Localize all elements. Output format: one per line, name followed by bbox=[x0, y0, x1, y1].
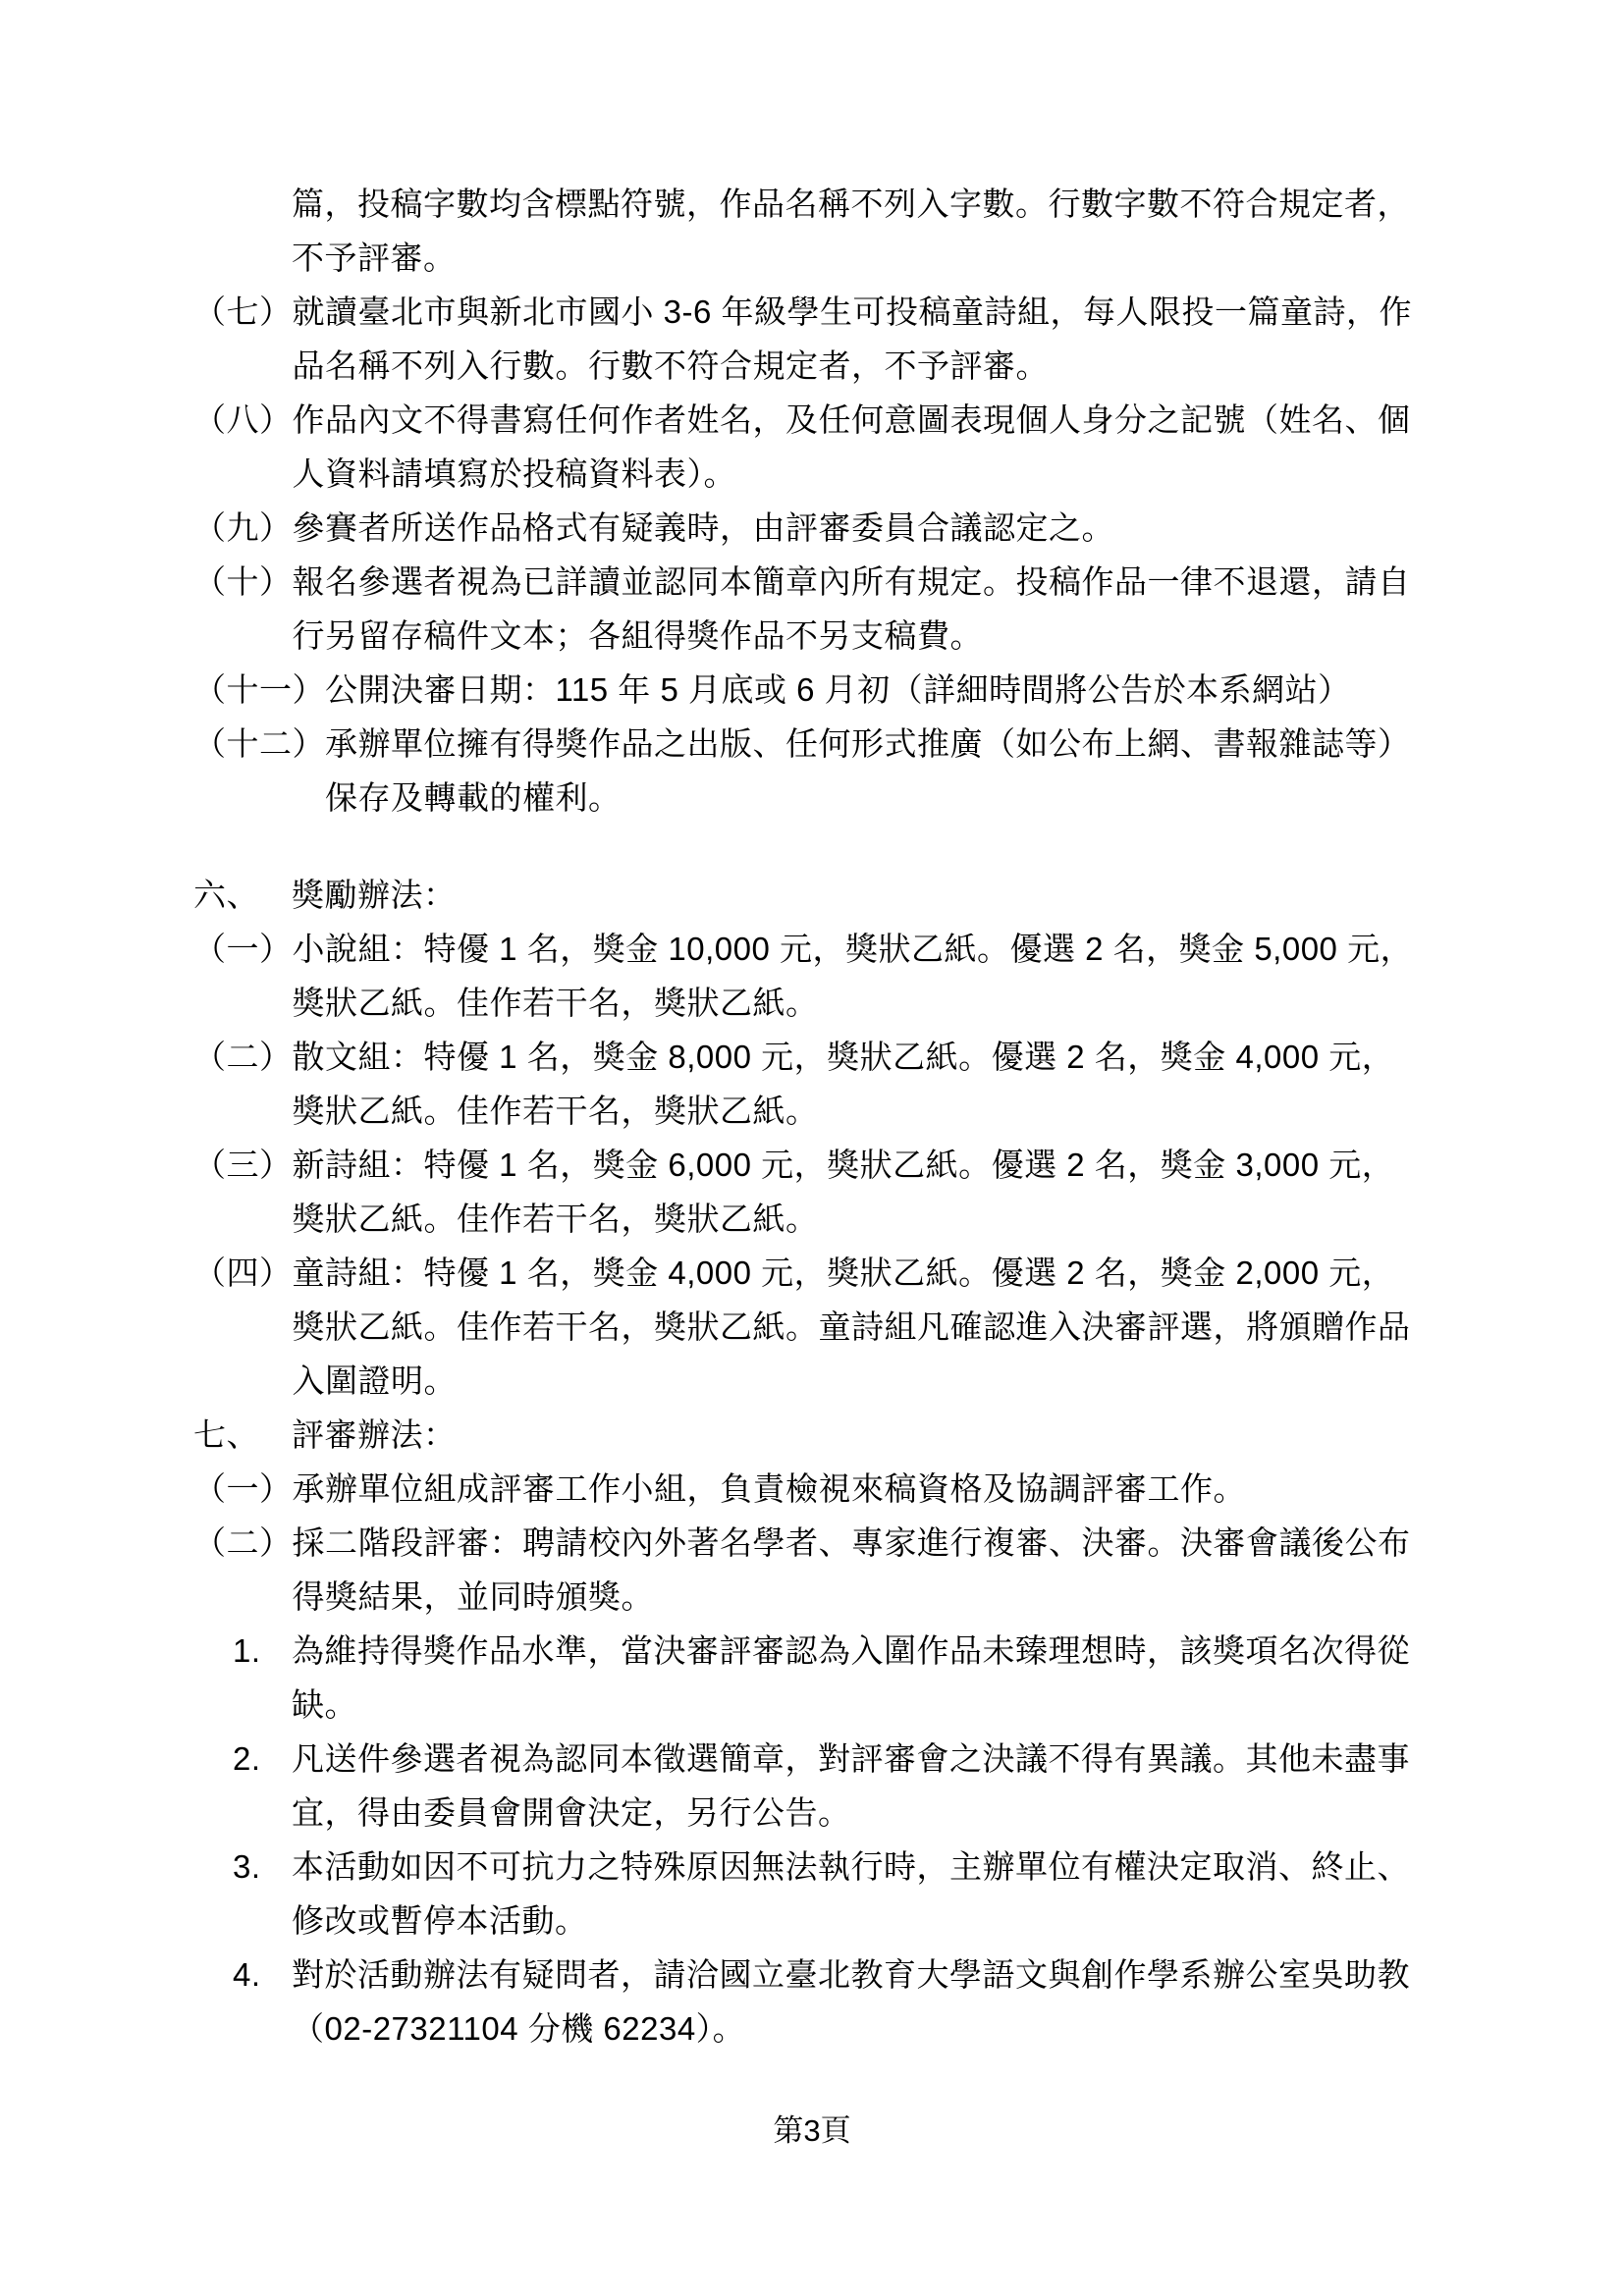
item-number: 4. bbox=[193, 1948, 292, 2002]
section-marker: 七、 bbox=[193, 1408, 292, 1462]
item-marker: （七） bbox=[193, 285, 293, 339]
item-text: 對於活動辦法有疑問者，請洽國立臺北教育大學語文與創作學系辦公室吳助教（02-27… bbox=[292, 1948, 1424, 2056]
continuation-paragraph: 篇，投稿字數均含標點符號，作品名稱不列入字數。行數字數不符合規定者，不予評審。 bbox=[193, 177, 1424, 285]
section-heading-7: 七、 評審辦法： bbox=[193, 1408, 1424, 1462]
item-marker: （九） bbox=[193, 501, 293, 555]
item-text: 公開決審日期：115 年 5 月底或 6 月初（詳細時間將公告於本系網站） bbox=[325, 663, 1424, 717]
section-heading-6: 六、 獎勵辦法： bbox=[193, 868, 1424, 922]
list-item-11: （十一） 公開決審日期：115 年 5 月底或 6 月初（詳細時間將公告於本系網… bbox=[193, 663, 1424, 717]
item-text: 參賽者所送作品格式有疑義時，由評審委員合議認定之。 bbox=[293, 501, 1425, 555]
document-body: 篇，投稿字數均含標點符號，作品名稱不列入字數。行數字數不符合規定者，不予評審。 … bbox=[193, 177, 1424, 2056]
item-number: 1. bbox=[193, 1624, 292, 1678]
item-marker: （二） bbox=[193, 1030, 293, 1084]
item-text: 報名參選者視為已詳讀並認同本簡章內所有規定。投稿作品一律不退還，請自行另留存稿件… bbox=[293, 555, 1425, 663]
item-marker: （十二） bbox=[193, 717, 325, 771]
list-item-10: （十） 報名參選者視為已詳讀並認同本簡章內所有規定。投稿作品一律不退還，請自行另… bbox=[193, 555, 1424, 663]
page-number: 第3頁 bbox=[0, 2109, 1624, 2153]
list-item-award-4: （四） 童詩組：特優 1 名，獎金 4,000 元，獎狀乙紙。優選 2 名，獎金… bbox=[193, 1246, 1424, 1408]
item-text: 散文組：特優 1 名，獎金 8,000 元，獎狀乙紙。優選 2 名，獎金 4,0… bbox=[293, 1030, 1425, 1138]
item-text: 承辦單位組成評審工作小組，負責檢視來稿資格及協調評審工作。 bbox=[293, 1462, 1425, 1516]
list-item-9: （九） 參賽者所送作品格式有疑義時，由評審委員合議認定之。 bbox=[193, 501, 1424, 555]
list-item-8: （八） 作品內文不得書寫任何作者姓名，及任何意圖表現個人身分之記號（姓名、個人資… bbox=[193, 393, 1424, 501]
item-number: 3. bbox=[193, 1840, 292, 1894]
section-marker: 六、 bbox=[193, 868, 292, 922]
item-text: 童詩組：特優 1 名，獎金 4,000 元，獎狀乙紙。優選 2 名，獎金 2,0… bbox=[293, 1246, 1425, 1408]
item-marker: （十一） bbox=[193, 663, 325, 717]
item-text: 承辦單位擁有得獎作品之出版、任何形式推廣（如公布上網、書報雜誌等）保存及轉載的權… bbox=[325, 717, 1424, 825]
sub-item-2: 2. 凡送件參選者視為認同本徵選簡章，對評審會之決議不得有異議。其他未盡事宜，得… bbox=[193, 1732, 1424, 1840]
list-item-award-3: （三） 新詩組：特優 1 名，獎金 6,000 元，獎狀乙紙。優選 2 名，獎金… bbox=[193, 1138, 1424, 1246]
item-marker: （二） bbox=[193, 1516, 293, 1570]
item-marker: （三） bbox=[193, 1138, 293, 1192]
item-text: 就讀臺北市與新北市國小 3-6 年級學生可投稿童詩組，每人限投一篇童詩，作品名稱… bbox=[293, 285, 1425, 393]
item-text: 本活動如因不可抗力之特殊原因無法執行時，主辦單位有權決定取消、終止、修改或暫停本… bbox=[292, 1840, 1424, 1948]
item-text: 作品內文不得書寫任何作者姓名，及任何意圖表現個人身分之記號（姓名、個人資料請填寫… bbox=[293, 393, 1425, 501]
item-text: 小說組：特優 1 名，獎金 10,000 元，獎狀乙紙。優選 2 名，獎金 5,… bbox=[293, 922, 1425, 1030]
item-marker: （四） bbox=[193, 1246, 293, 1300]
item-number: 2. bbox=[193, 1732, 292, 1786]
item-text: 凡送件參選者視為認同本徵選簡章，對評審會之決議不得有異議。其他未盡事宜，得由委員… bbox=[292, 1732, 1424, 1840]
list-item-award-2: （二） 散文組：特優 1 名，獎金 8,000 元，獎狀乙紙。優選 2 名，獎金… bbox=[193, 1030, 1424, 1138]
item-text: 篇，投稿字數均含標點符號，作品名稱不列入字數。行數字數不符合規定者，不予評審。 bbox=[292, 177, 1424, 285]
list-item-review-1: （一） 承辦單位組成評審工作小組，負責檢視來稿資格及協調評審工作。 bbox=[193, 1462, 1424, 1516]
list-item-7: （七） 就讀臺北市與新北市國小 3-6 年級學生可投稿童詩組，每人限投一篇童詩，… bbox=[193, 285, 1424, 393]
sub-item-3: 3. 本活動如因不可抗力之特殊原因無法執行時，主辦單位有權決定取消、終止、修改或… bbox=[193, 1840, 1424, 1948]
list-item-award-1: （一） 小說組：特優 1 名，獎金 10,000 元，獎狀乙紙。優選 2 名，獎… bbox=[193, 922, 1424, 1030]
list-item-review-2: （二） 採二階段評審：聘請校內外著名學者、專家進行複審、決審。決審會議後公布得獎… bbox=[193, 1516, 1424, 1624]
item-text: 為維持得獎作品水準，當決審評審認為入圍作品未臻理想時，該獎項名次得從缺。 bbox=[292, 1624, 1424, 1732]
section-title: 評審辦法： bbox=[292, 1408, 1424, 1462]
item-marker: （十） bbox=[193, 555, 293, 609]
item-text: 新詩組：特優 1 名，獎金 6,000 元，獎狀乙紙。優選 2 名，獎金 3,0… bbox=[293, 1138, 1425, 1246]
item-marker: （八） bbox=[193, 393, 293, 447]
section-title: 獎勵辦法： bbox=[292, 868, 1424, 922]
item-marker: （一） bbox=[193, 1462, 293, 1516]
item-text: 採二階段評審：聘請校內外著名學者、專家進行複審、決審。決審會議後公布得獎結果，並… bbox=[293, 1516, 1425, 1624]
sub-item-1: 1. 為維持得獎作品水準，當決審評審認為入圍作品未臻理想時，該獎項名次得從缺。 bbox=[193, 1624, 1424, 1732]
list-item-12: （十二） 承辦單位擁有得獎作品之出版、任何形式推廣（如公布上網、書報雜誌等）保存… bbox=[193, 717, 1424, 825]
sub-item-4: 4. 對於活動辦法有疑問者，請洽國立臺北教育大學語文與創作學系辦公室吳助教（02… bbox=[193, 1948, 1424, 2056]
item-marker: （一） bbox=[193, 922, 293, 976]
